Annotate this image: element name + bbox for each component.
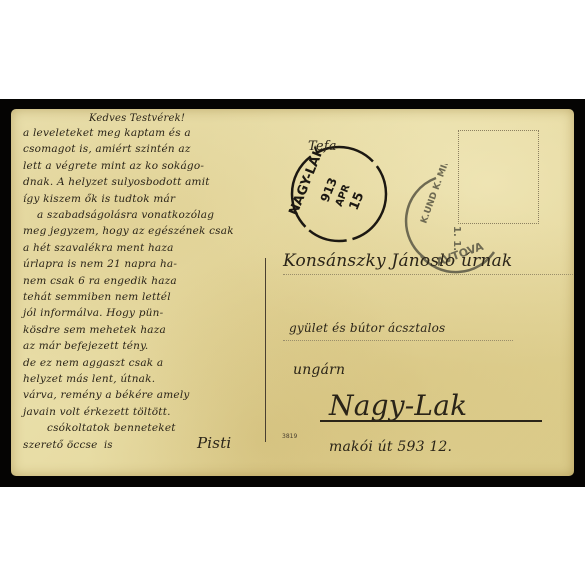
signature-prefix: is <box>104 440 113 451</box>
city-underline <box>320 420 542 422</box>
message-line: tehát semmiben nem lettél <box>23 291 171 303</box>
postcard: Kedves Testvérek! a leveleteket meg kapt… <box>11 109 574 476</box>
print-number: 3819 <box>282 433 297 440</box>
message-line: szerető öccse <box>23 439 98 451</box>
message-line: a hét szavalékra ment haza <box>23 242 174 254</box>
message-line: várva, remény a békére amely <box>23 389 190 401</box>
address-occupation: gyület és bútor ácsztalos <box>289 321 445 335</box>
message-line: csomagot is, amiért szintén az <box>23 143 191 155</box>
message-line: dnak. A helyzet sulyosbodott amit <box>23 176 210 188</box>
message-line: a szabadságolásra vonatkozólag <box>37 209 214 221</box>
message-line: az már befejezett tény. <box>23 340 148 352</box>
divider-line <box>265 258 266 442</box>
address-rule-1 <box>283 274 573 275</box>
annotation: Tefa <box>308 139 337 154</box>
message-line: kösdre sem mehetek haza <box>23 324 166 336</box>
postmark-nagylak-icon: NAGY-LAK 913 APR 15 <box>284 139 394 249</box>
message-line: úrlapra is nem 21 napra ha- <box>23 258 177 270</box>
message-line: javain volt érkezett töltött. <box>23 406 171 418</box>
signature: Pisti <box>197 434 231 452</box>
message-line: csókoltatok benneteket <box>47 422 176 434</box>
message-line: jól informálva. Hogy pün- <box>23 307 163 319</box>
address-country: ungárn <box>293 362 345 378</box>
message-line: a leveleteket meg kaptam és a <box>23 127 191 139</box>
address-city: Nagy-Lak <box>329 389 467 422</box>
message-line: helyzet más lent, útnak. <box>23 373 155 385</box>
message-line: így kiszem ők is tudtok már <box>23 193 175 205</box>
address-street: makói út 593 12. <box>329 439 452 455</box>
message-line: de ez nem aggaszt csak a <box>23 357 163 369</box>
address-recipient: Konsánszky Jánoslo úrnak <box>283 251 512 271</box>
message-line: lett a végrete mint az ko sokágo- <box>23 160 204 172</box>
postmark-military-top: K.UND K. MILIT <box>419 164 455 225</box>
message-greeting: Kedves Testvérek! <box>89 113 185 124</box>
message-line: nem csak 6 ra engedik haza <box>23 275 177 287</box>
address-rule-2 <box>283 340 513 341</box>
message-line: meg jegyzem, hogy az egészének csak <box>23 225 234 237</box>
